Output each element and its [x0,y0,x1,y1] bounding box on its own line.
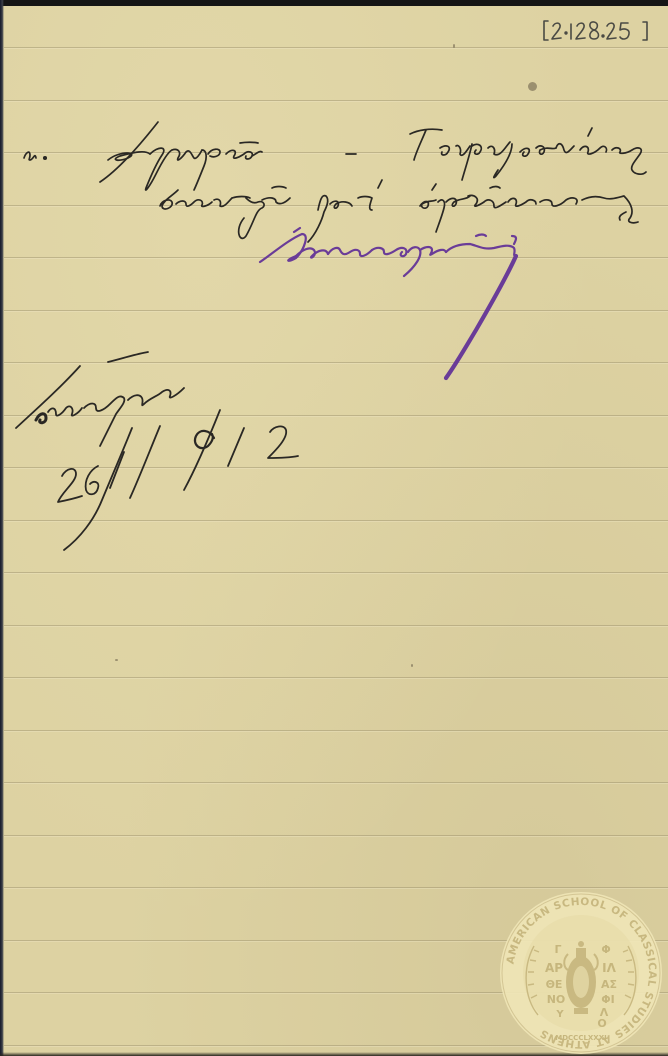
svg-text:Υ: Υ [555,1009,564,1020]
svg-text:ΙΛ: ΙΛ [602,961,616,975]
paper-speck [411,664,413,667]
svg-text:ΑΡ: ΑΡ [545,961,563,975]
svg-text:Ο: Ο [597,1017,606,1030]
scan-top-border [0,0,668,6]
svg-text:ΘΕ: ΘΕ [546,978,563,991]
svg-text:MDCCCLXXXI: MDCCCLXXXI [555,1034,606,1042]
paper-speck [528,82,537,91]
svg-text:ΦΙ: ΦΙ [601,993,614,1006]
archive-seal-watermark: AMERICAN SCHOOL OF CLASSICAL STUDIES AT … [498,890,664,1056]
paper-speck [453,44,455,48]
svg-text:Γ: Γ [554,943,561,956]
handwritten-signature [260,228,516,378]
svg-text:Φ: Φ [601,943,610,956]
handwritten-line-addressee [24,122,646,190]
paper-speck [115,659,118,661]
document-page: AMERICAN SCHOOL OF CLASSICAL STUDIES AT … [0,0,668,1056]
svg-text:ΝΟ: ΝΟ [547,993,566,1006]
scan-left-border [0,0,4,1056]
archive-reference-number [540,14,658,44]
handwritten-line-body [160,180,638,242]
svg-text:ΑΣ: ΑΣ [601,978,617,991]
